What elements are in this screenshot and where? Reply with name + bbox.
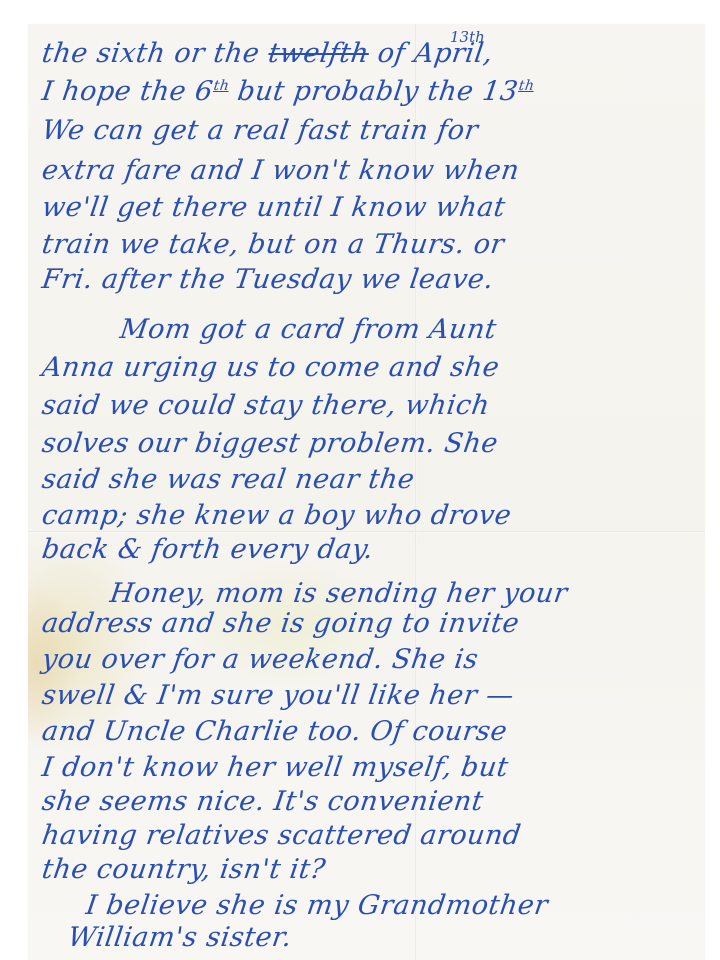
letter-line-22: having relatives scattered around: [40, 820, 523, 851]
letter-page: 13th the sixth or the twelfth of April, …: [28, 24, 705, 960]
letter-line-13: camp; she knew a boy who drove: [40, 500, 513, 531]
letter-line-15: Honey, mom is sending her your: [108, 578, 570, 609]
letter-line-4: extra fare and I won't know when: [40, 155, 521, 186]
letter-line-1: the sixth or the twelfth of April,: [40, 38, 495, 69]
letter-line-3: We can get a real fast train for: [40, 115, 480, 146]
letter-line-25: William's sister.: [66, 922, 294, 953]
line-text: the sixth or the: [40, 38, 271, 69]
letter-line-6: train we take, but on a Thurs. or: [40, 229, 506, 260]
struck-word: twelfth: [266, 38, 371, 69]
letter-line-10: said we could stay there, which: [40, 390, 492, 421]
letter-line-21: she seems nice. It's convenient: [40, 786, 485, 817]
letter-line-7: Fri. after the Tuesday we leave.: [40, 264, 496, 295]
letter-line-11: solves our biggest problem. She: [40, 428, 500, 459]
letter-line-9: Anna urging us to come and she: [40, 352, 501, 383]
letter-line-2: I hope the 6th but probably the 13th: [40, 76, 536, 107]
letter-line-18: swell & I'm sure you'll like her —: [40, 680, 516, 711]
letter-line-17: you over for a weekend. She is: [40, 644, 480, 675]
superscript: th: [518, 78, 536, 94]
letter-line-12: said she was real near the: [40, 464, 417, 495]
letter-line-14: back & forth every day.: [40, 534, 375, 565]
line-text: I hope the 6: [40, 76, 215, 107]
letter-line-23: the country, isn't it?: [40, 854, 328, 885]
letter-line-19: and Uncle Charlie too. Of course: [40, 716, 509, 747]
letter-line-5: we'll get there until I know what: [40, 192, 507, 223]
handwritten-text: 13th the sixth or the twelfth of April, …: [28, 24, 705, 960]
line-text: but probably the 13: [226, 76, 520, 107]
letter-line-20: I don't know her well myself, but: [40, 752, 510, 783]
line-text: of April,: [367, 38, 495, 69]
letter-line-24: I believe she is my Grandmother: [84, 890, 550, 921]
letter-line-8: Mom got a card from Aunt: [118, 314, 499, 345]
letter-line-16: address and she is going to invite: [40, 608, 521, 639]
